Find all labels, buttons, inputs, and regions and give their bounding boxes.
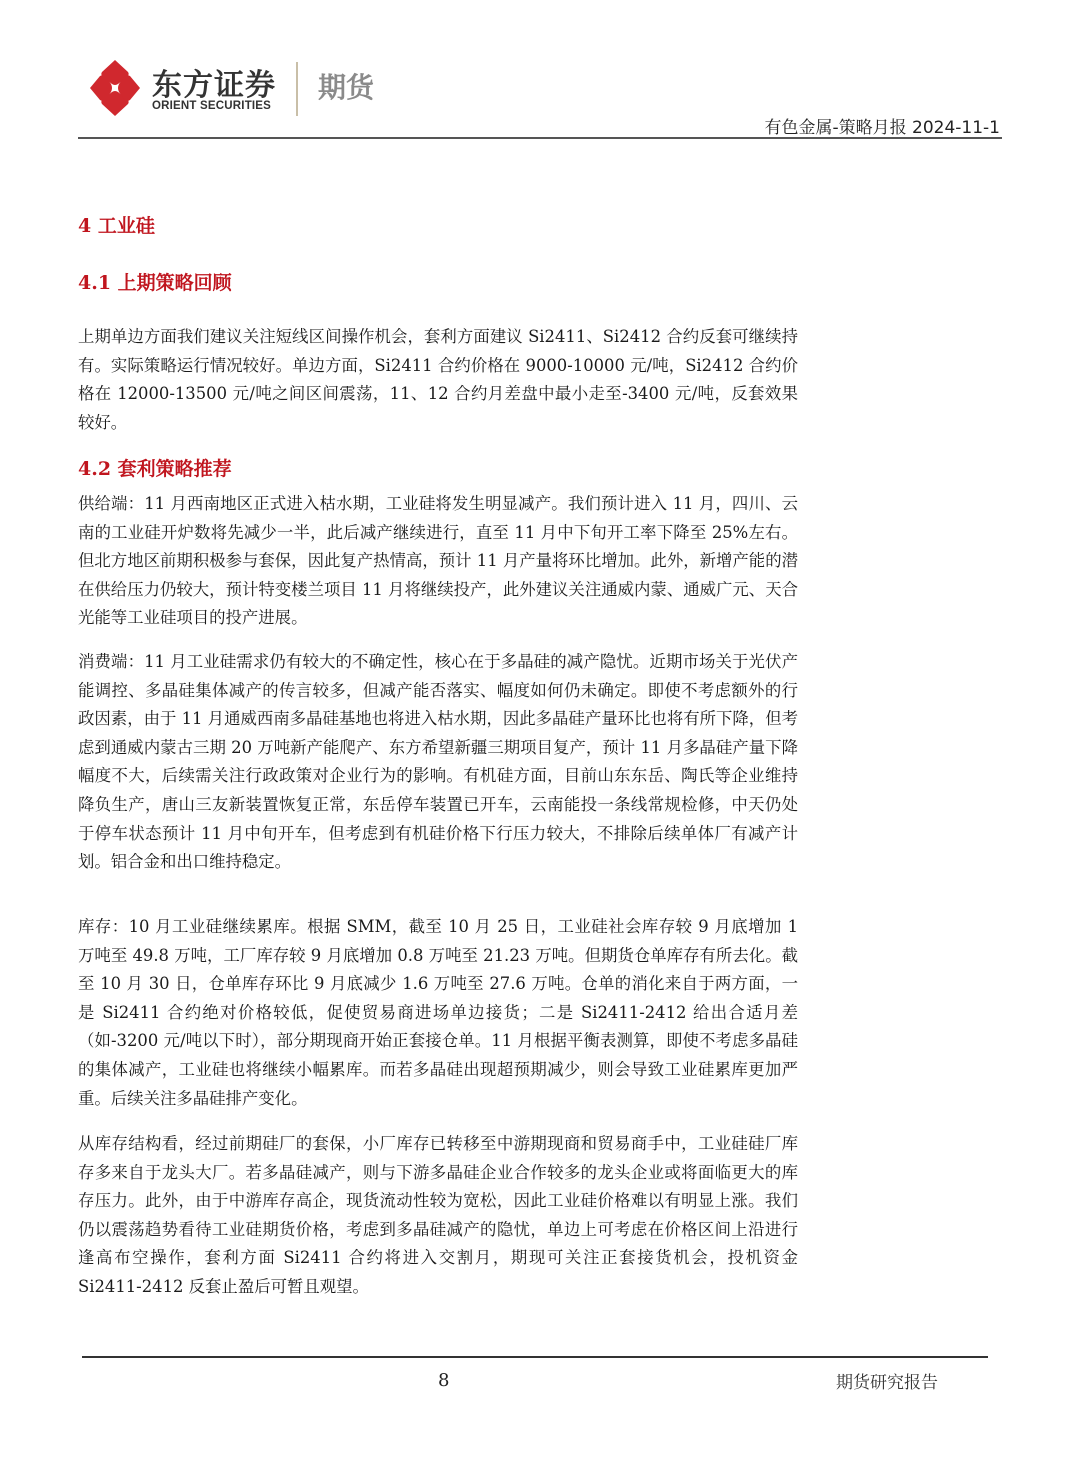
subsection-heading-previous-review: 4.1 上期策略回顾 — [78, 268, 232, 295]
page-number: 8 — [438, 1370, 449, 1391]
logo-chinese-name: 东方证券 — [152, 60, 276, 104]
paragraph-previous-review: 上期单边方面我们建议关注短线区间操作机会，套利方面建议 Si2411、Si241… — [78, 323, 798, 437]
report-title: 有色金属-策略月报 2024-11-1 — [764, 113, 1000, 138]
page-header: 东方证券 ORIENT SECURITIES 期货 有色金属-策略月报 2024… — [0, 0, 1080, 140]
section-heading-industrial-silicon: 4 工业硅 — [78, 211, 155, 238]
logo-division-name: 期货 — [318, 66, 374, 106]
paragraph-inventory-structure: 从库存结构看，经过前期硅厂的套保，小厂库存已转移至中游期现商和贸易商手中，工业硅… — [78, 1130, 798, 1302]
paragraph-supply: 供给端：11 月西南地区正式进入枯水期，工业硅将发生明显减产。我们预计进入 11… — [78, 490, 798, 633]
paragraph-demand: 消费端：11 月工业硅需求仍有较大的不确定性，核心在于多晶硅的减产隐忧。近期市场… — [78, 648, 798, 877]
subsection-heading-arbitrage-recommendation: 4.2 套利策略推荐 — [78, 454, 232, 481]
paragraph-inventory: 库存：10 月工业硅继续累库。根据 SMM，截至 10 月 25 日，工业硅社会… — [78, 913, 798, 1113]
header-divider — [78, 137, 1002, 139]
logo-divider — [296, 62, 298, 116]
footer-divider — [82, 1356, 988, 1358]
orient-securities-logo-icon — [88, 58, 142, 118]
footer-label: 期货研究报告 — [836, 1368, 938, 1393]
logo-english-name: ORIENT SECURITIES — [152, 100, 271, 112]
